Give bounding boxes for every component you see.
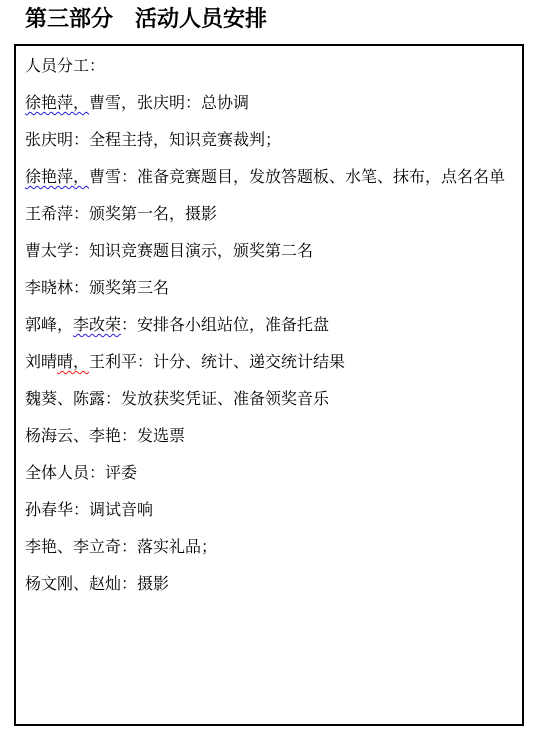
line-coordinators: 徐艳萍，曹雪，张庆明：总协调 [25,85,512,122]
personnel-assignment-box: 人员分工： 徐艳萍，曹雪，张庆明：总协调 张庆明：全程主持，知识竞赛裁判； 徐艳… [14,44,524,726]
line-group-positions: 郭峰，李改荣：安排各小组站位，准备托盘 [25,307,512,344]
line-host: 张庆明：全程主持，知识竞赛裁判； [25,122,512,159]
line-award-third: 李晓林：颁奖第三名 [25,270,512,307]
line-award-first: 王希萍：颁奖第一名，摄影 [25,196,512,233]
line-segment: 杨海云、李艳：发选票 [25,428,185,445]
line-segment-spellcheck: 徐艳萍， [25,95,89,112]
line-segment: 李晓林：颁奖第三名 [25,280,169,297]
line-segment: 刘晴 [25,354,57,371]
line-segment: 曹雪：准备竞赛题目，发放答题板、水笔、抹布，点名名单 [89,169,505,186]
line-photography: 杨文刚、赵灿：摄影 [25,566,512,603]
line-scoring: 刘晴晴，王利平：计分、统计、递交统计结果 [25,344,512,381]
line-segment: 张庆明：全程主持，知识竞赛裁判； [25,132,281,149]
line-segment: 王希萍：颁奖第一名，摄影 [25,206,217,223]
line-segment: 李艳、李立奇：落实礼品； [25,539,217,556]
line-segment: 人员分工： [25,58,105,75]
line-gifts: 李艳、李立奇：落实礼品； [25,529,512,566]
line-segment: 魏葵、陈露：发放获奖凭证、准备领奖音乐 [25,391,329,408]
page-title: 第三部分 活动人员安排 [25,4,267,34]
line-audio: 孙春华：调试音响 [25,492,512,529]
line-quiz-prep: 徐艳萍，曹雪：准备竞赛题目，发放答题板、水笔、抹布，点名名单 [25,159,512,196]
line-quiz-demo: 曹太学：知识竞赛题目演示，颁奖第二名 [25,233,512,270]
line-segment: 杨文刚、赵灿：摄影 [25,576,169,593]
line-segment-spellcheck: 晴， [57,354,89,371]
line-segment: 郭峰， [25,317,73,334]
line-judges: 全体人员：评委 [25,455,512,492]
line-certificates-music: 魏葵、陈露：发放获奖凭证、准备领奖音乐 [25,381,512,418]
line-segment: 曹太学：知识竞赛题目演示，颁奖第二名 [25,243,313,260]
line-segment: 曹雪，张庆明：总协调 [89,95,249,112]
line-segment: 孙春华：调试音响 [25,502,153,519]
line-ballots: 杨海云、李艳：发选票 [25,418,512,455]
line-segment: ：安排各小组站位，准备托盘 [121,317,329,334]
line-segment-spellcheck: 徐艳萍， [25,169,89,186]
line-segment: 王利平：计分、统计、递交统计结果 [89,354,345,371]
line-division-header: 人员分工： [25,48,512,85]
line-segment-spellcheck: 李改荣 [73,317,121,334]
line-segment: 全体人员：评委 [25,465,137,482]
